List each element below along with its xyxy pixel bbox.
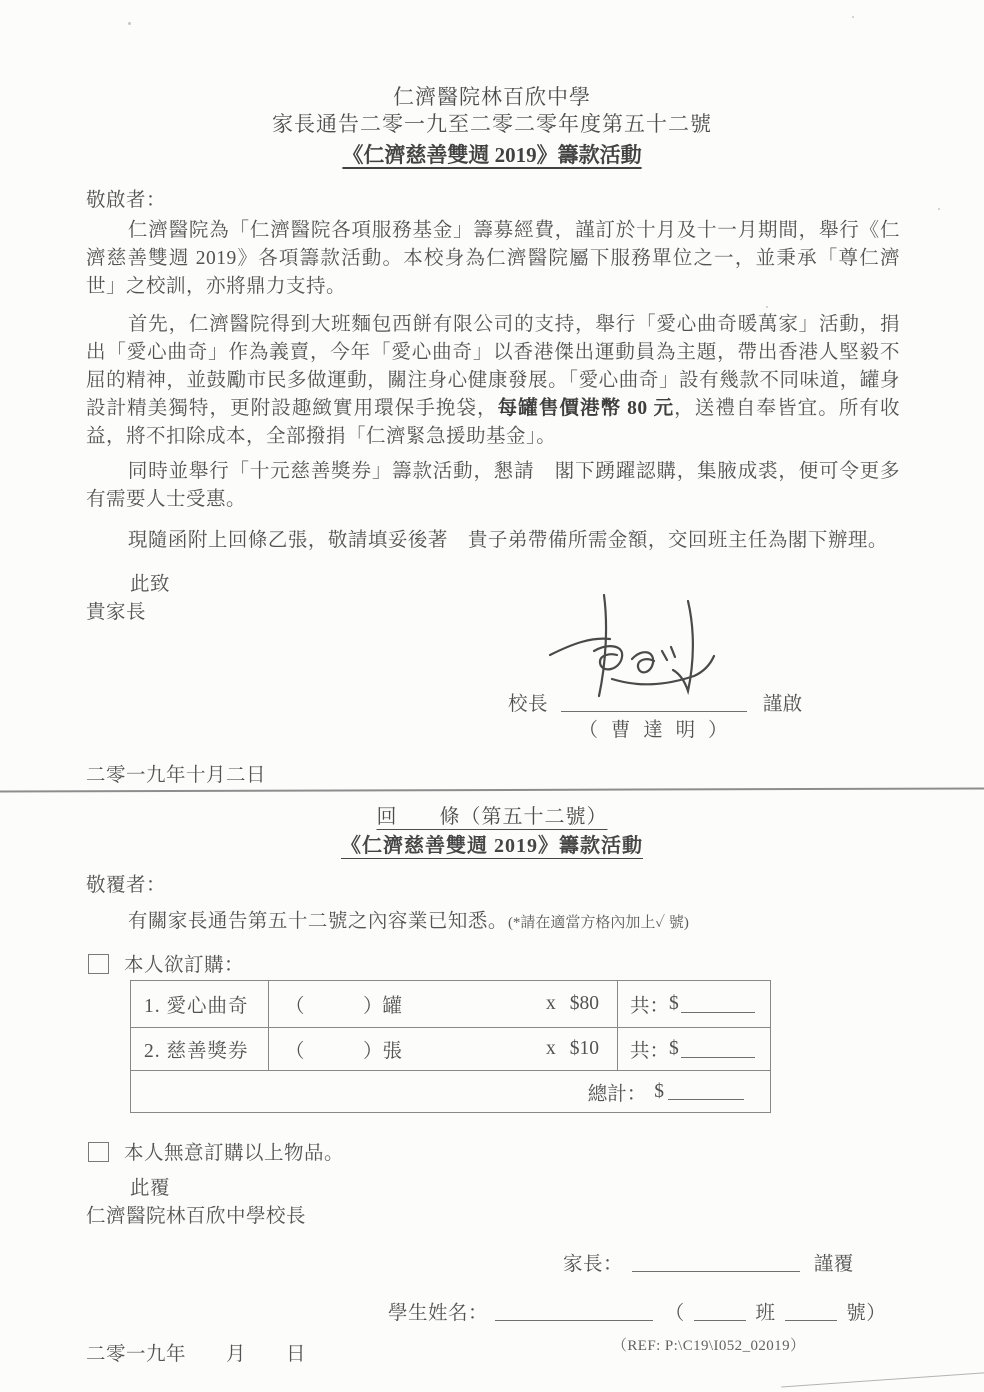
option-decline-label: 本人無意訂購以上物品。 — [124, 1143, 344, 1164]
para-cookie-campaign: 首先，仁濟醫院得到大班麵包西餅有限公司的支持，舉行「愛心曲奇暖萬家」活動，捐出「… — [86, 311, 900, 451]
order-qty-cell: （ ）張 x $10 — [269, 1028, 618, 1070]
order-qty-cell: （ ）罐 x $80 — [269, 981, 618, 1027]
currency-sign: $ — [654, 1081, 664, 1103]
sum-label: 共： — [630, 990, 669, 1018]
letter-recipient: 貴家長 — [86, 596, 146, 624]
total-blank-line — [668, 1083, 744, 1100]
reply-ack-text: 有關家長通告第五十二號之內容業已知悉。 — [128, 911, 508, 932]
event-title: 《仁濟慈善雙週 2019》籌款活動 — [342, 140, 641, 170]
letter-date: 二零一九年十月二日 — [86, 759, 266, 787]
reply-ack-line: 有關家長通告第五十二號之內容業已知悉。(*請在適當方格內加上✓ 號) — [86, 908, 900, 937]
section-divider — [0, 787, 984, 792]
order-total-row: 總計： $ — [131, 1071, 770, 1112]
notice-header: 仁濟醫院林百欣中學 家長通告二零一九至二零二零年度第五十二號 《仁濟慈善雙週 2… — [0, 84, 984, 170]
reply-salutation: 敬覆者： — [86, 869, 166, 897]
reply-ack-note: (*請在適當方格內加上✓ 號) — [508, 915, 689, 931]
parent-sign-row: 家長： 謹覆 — [563, 1248, 854, 1276]
student-info-row: 學生姓名： （ 班 號） — [388, 1297, 886, 1325]
para-fund-intro: 仁濟醫院為「仁濟醫院各項服務基金」籌募經費，謹訂於十月及十一月期間，舉行《仁濟慈… — [86, 217, 900, 301]
option-order-row: 本人欲訂購： — [88, 949, 244, 977]
order-row-raffle: 2. 慈善獎券 （ ）張 x $10 共： $ — [131, 1028, 770, 1071]
currency-sign: $ — [669, 993, 679, 1015]
order-price-group: x $80 — [546, 993, 599, 1015]
scan-speck — [852, 16, 854, 18]
principal-signoff: 謹啟 — [763, 694, 803, 715]
order-price-group: x $10 — [546, 1038, 599, 1060]
unit-price: $80 — [570, 993, 599, 1015]
order-sum-cell: 共： $ — [618, 1035, 770, 1063]
principal-signature-line — [561, 695, 747, 712]
reply-addressee: 仁濟醫院林百欣中學校長 — [86, 1200, 306, 1228]
class-open-paren: （ — [665, 1303, 685, 1324]
order-item-label: 2. 慈善獎券 — [131, 1028, 269, 1070]
order-row-cookies: 1. 愛心曲奇 （ ）罐 x $80 共： $ — [131, 981, 770, 1028]
reply-closing: 此覆 — [130, 1172, 170, 1200]
para-cookie-price: 每罐售價港幣 80 元 — [498, 398, 675, 419]
reply-slip-subtitle-row: 《仁濟慈善雙週 2019》籌款活動 — [0, 829, 984, 858]
unit-price: $10 — [570, 1038, 599, 1060]
parent-signature-line — [632, 1255, 800, 1272]
principal-name: （ 曹 達 明 ） — [560, 714, 750, 742]
parent-signoff: 謹覆 — [814, 1254, 854, 1275]
currency-sign: $ — [669, 1038, 679, 1060]
total-label: 總計： — [588, 1078, 647, 1106]
decline-checkbox — [88, 1142, 109, 1162]
order-qty-blank: （ ）張 — [285, 1035, 402, 1063]
reference-code: （REF: P:\C19\I052_02019） — [612, 1334, 805, 1355]
order-item-label: 1. 愛心曲奇 — [131, 981, 269, 1027]
parent-label: 家長： — [563, 1254, 623, 1275]
scan-speck — [938, 208, 940, 210]
letter-closing: 此致 — [130, 568, 170, 596]
sum-label: 共： — [630, 1035, 669, 1063]
order-table: 1. 愛心曲奇 （ ）罐 x $80 共： $ 2. 慈善獎券 （ ）張 x — [130, 980, 771, 1113]
para-reply-instruction: 現隨函附上回條乙張，敬請填妥後著 貴子弟帶備所需金額，交回班主任為閣下辦理。 — [86, 527, 900, 555]
reply-slip-title-row: 回 條（第五十二號） — [0, 800, 984, 829]
reply-slip-subtitle: 《仁濟慈善雙週 2019》籌款活動 — [341, 835, 643, 857]
number-label: 號） — [846, 1303, 886, 1324]
principal-sign-line: 校長 謹啟 — [508, 688, 803, 716]
school-name: 仁濟醫院林百欣中學 — [0, 84, 984, 111]
option-order-label: 本人欲訂購： — [124, 955, 244, 976]
class-label: 班 — [756, 1303, 776, 1324]
scan-speck — [766, 306, 768, 308]
letter-salutation: 敬啟者： — [86, 184, 166, 212]
principal-label: 校長 — [508, 694, 548, 715]
sum-blank-line — [681, 996, 755, 1013]
number-blank-line — [785, 1304, 837, 1321]
order-sum-cell: 共： $ — [618, 990, 770, 1018]
para-raffle: 同時並舉行「十元慈善獎券」籌款活動，懇請 閣下踴躍認購，集腋成裘，便可令更多有需… — [86, 458, 900, 514]
scan-artifact-line — [781, 1372, 984, 1388]
principal-signature — [542, 593, 757, 698]
reply-slip-title: 回 條（第五十二號） — [377, 806, 608, 828]
order-qty-blank: （ ）罐 — [285, 990, 402, 1018]
scanned-notice-page: 仁濟醫院林百欣中學 家長通告二零一九至二零二零年度第五十二號 《仁濟慈善雙週 2… — [0, 0, 984, 1392]
reply-date-line: 二零一九年 月 日 — [86, 1338, 306, 1366]
scan-speck — [128, 22, 131, 25]
class-blank-line — [694, 1304, 746, 1321]
student-name-line — [495, 1304, 653, 1321]
multiply-sign: x — [546, 993, 556, 1015]
notice-number-line: 家長通告二零一九至二零二零年度第五十二號 — [0, 111, 984, 138]
sum-blank-line — [681, 1041, 755, 1058]
order-checkbox — [88, 954, 109, 974]
student-name-label: 學生姓名： — [388, 1303, 488, 1324]
multiply-sign: x — [546, 1038, 556, 1060]
option-decline-row: 本人無意訂購以上物品。 — [88, 1137, 344, 1165]
